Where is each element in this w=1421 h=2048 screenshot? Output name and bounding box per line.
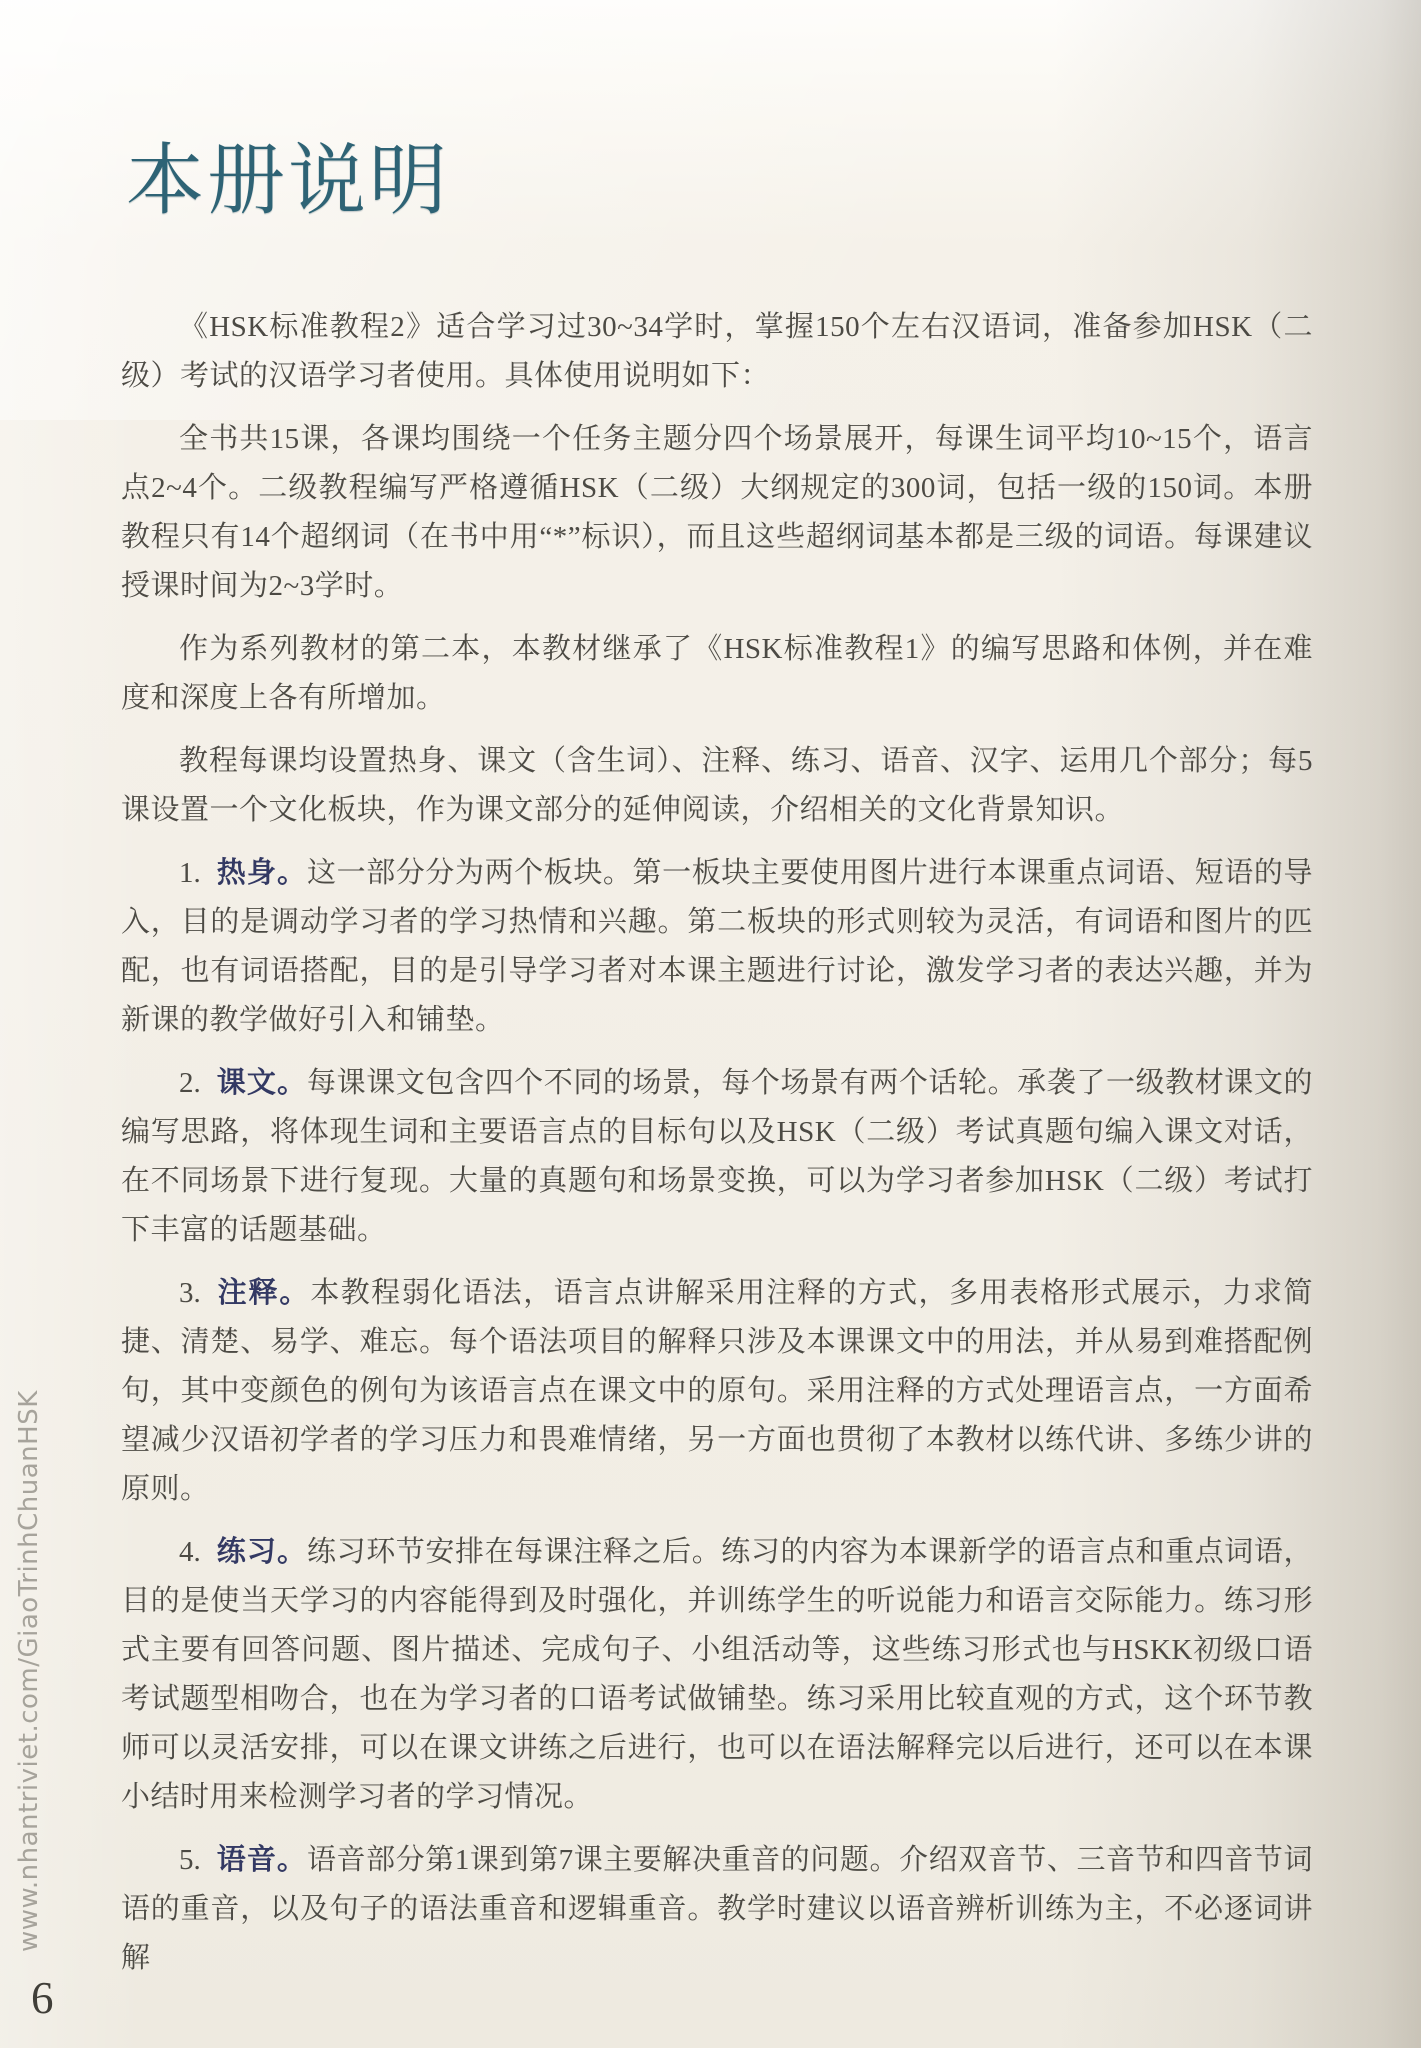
page-number: 6 <box>31 1972 54 2024</box>
item-number: 1. <box>179 857 201 889</box>
item-number: 3. <box>179 1277 201 1309</box>
item-number: 5. <box>179 1844 201 1876</box>
item-keyword: 练习。 <box>217 1536 307 1568</box>
page-title: 本册说明 <box>126 118 450 230</box>
item-keyword: 课文。 <box>217 1067 307 1099</box>
numbered-item: 1.热身。这一部分分为两个板块。第一板块主要使用图片进行本课重点词语、短语的导入… <box>121 849 1313 1045</box>
numbered-item: 3.注释。本教程弱化语法，语言点讲解采用注释的方式，多用表格形式展示，力求简捷、… <box>121 1269 1313 1514</box>
item-number: 2. <box>179 1067 201 1099</box>
intro-paragraph: 《HSK标准教程2》适合学习过30~34学时，掌握150个左右汉语词，准备参加H… <box>121 303 1313 401</box>
intro-paragraph: 教程每课均设置热身、课文（含生词）、注释、练习、语音、汉字、运用几个部分；每5课… <box>121 737 1313 835</box>
numbered-item: 2.课文。每课课文包含四个不同的场景，每个场景有两个话轮。承袭了一级教材课文的编… <box>121 1059 1313 1255</box>
intro-paragraph: 作为系列教材的第二本，本教材继承了《HSK标准教程1》的编写思路和体例，并在难度… <box>121 625 1313 723</box>
item-text: 本教程弱化语法，语言点讲解采用注释的方式，多用表格形式展示，力求简捷、清楚、易学… <box>121 1277 1313 1505</box>
item-keyword: 语音。 <box>217 1844 307 1876</box>
book-page: 本册说明 《HSK标准教程2》适合学习过30~34学时，掌握150个左右汉语词，… <box>0 0 1421 2048</box>
numbered-item: 5.语音。语音部分第1课到第7课主要解决重音的问题。介绍双音节、三音节和四音节词… <box>121 1836 1313 1983</box>
item-number: 4. <box>179 1536 201 1568</box>
item-text: 练习环节安排在每课注释之后。练习的内容为本课新学的语言点和重点词语，目的是使当天… <box>121 1536 1313 1813</box>
item-keyword: 热身。 <box>217 857 307 889</box>
watermark-url: www.nhantriviet.com/GiaoTrinhChuanHSK <box>14 1472 44 1952</box>
item-keyword: 注释。 <box>217 1277 311 1309</box>
numbered-item: 4.练习。练习环节安排在每课注释之后。练习的内容为本课新学的语言点和重点词语，目… <box>121 1528 1313 1822</box>
intro-paragraph: 全书共15课，各课均围绕一个任务主题分四个场景展开，每课生词平均10~15个，语… <box>121 415 1313 611</box>
page-body-text: 《HSK标准教程2》适合学习过30~34学时，掌握150个左右汉语词，准备参加H… <box>121 303 1313 1983</box>
